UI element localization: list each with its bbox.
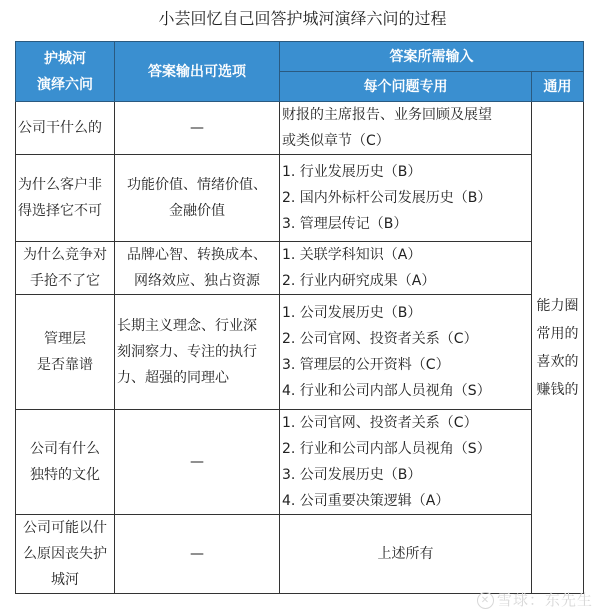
header-required-inputs: 答案所需输入 <box>280 42 584 72</box>
cell-line: 么原因丧失护 <box>18 541 112 567</box>
question-cell: 为什么竞争对 手抢不了它 <box>16 242 115 295</box>
xueqiu-logo-icon: ✕ <box>477 592 494 609</box>
cell-line: 财报的主席报告、业务回顾及展望 <box>282 102 529 128</box>
options-cell: 功能价值、情绪价值、 金融价值 <box>115 155 280 242</box>
cell-line: 2. 行业内研究成果（A） <box>282 268 529 294</box>
options-cell: — <box>115 515 280 594</box>
table-row: 管理层 是否靠谱 长期主义理念、行业深 刻洞察力、专注的执行 力、超强的同理心 … <box>16 295 584 410</box>
cell-line: 2. 行业和公司内部人员视角（S） <box>282 436 529 462</box>
cell-line: 刻洞察力、专注的执行 <box>117 339 277 365</box>
watermark-text: 雪球：东先生 <box>497 591 593 609</box>
cell-line: 手抢不了它 <box>18 268 112 294</box>
watermark: ✕雪球：东先生 <box>477 589 593 610</box>
options-cell: — <box>115 410 280 515</box>
cell-line: 3. 管理层传记（B） <box>282 211 529 237</box>
options-cell: 长期主义理念、行业深 刻洞察力、专注的执行 力、超强的同理心 <box>115 295 280 410</box>
question-cell: 公司可能以什 么原因丧失护 城河 <box>16 515 115 594</box>
cell-line: 为什么客户非 <box>18 172 112 198</box>
table-row: 公司干什么的 — 财报的主席报告、业务回顾及展望 或类似章节（C） 能力圈 常用… <box>16 102 584 155</box>
header-answer-options: 答案输出可选项 <box>115 42 280 102</box>
cell-line: 1. 关联学科知识（A） <box>282 242 529 268</box>
cell-line: 网络效应、独占资源 <box>117 268 277 294</box>
cell-line: 独特的文化 <box>18 462 112 488</box>
inputs-cell: 1. 公司发展历史（B） 2. 公司官网、投资者关系（C） 3. 管理层的公开资… <box>280 295 532 410</box>
moat-six-questions-table: 护城河 演绎六问 答案输出可选项 答案所需输入 每个问题专用 通用 公司干什么的… <box>15 41 584 594</box>
cell-line: — <box>117 449 277 475</box>
cell-line: 公司可能以什 <box>18 515 112 541</box>
cell-line: 城河 <box>18 567 112 593</box>
question-cell: 管理层 是否靠谱 <box>16 295 115 410</box>
cell-line: 2. 公司官网、投资者关系（C） <box>282 326 529 352</box>
question-cell: 公司有什么 独特的文化 <box>16 410 115 515</box>
cell-line: 功能价值、情绪价值、 <box>117 172 277 198</box>
cell-line: 能力圈 <box>534 292 581 320</box>
cell-line: 常用的 <box>534 320 581 348</box>
table-row: 为什么竞争对 手抢不了它 品牌心智、转换成本、 网络效应、独占资源 1. 关联学… <box>16 242 584 295</box>
header-general: 通用 <box>532 72 584 102</box>
cell-line: 4. 公司重要决策逻辑（A） <box>282 488 529 514</box>
cell-line: 4. 行业和公司内部人员视角（S） <box>282 378 529 404</box>
cell-line: 品牌心智、转换成本、 <box>117 242 277 268</box>
header-moat-questions: 护城河 演绎六问 <box>16 42 115 102</box>
header-question-specific: 每个问题专用 <box>280 72 532 102</box>
cell-line: 1. 公司官网、投资者关系（C） <box>282 410 529 436</box>
cell-line: — <box>117 541 277 567</box>
question-cell: 为什么客户非 得选择它不可 <box>16 155 115 242</box>
cell-line: 力、超强的同理心 <box>117 365 277 391</box>
cell-line: 2. 国内外标杆公司发展历史（B） <box>282 185 529 211</box>
table-row: 为什么客户非 得选择它不可 功能价值、情绪价值、 金融价值 1. 行业发展历史（… <box>16 155 584 242</box>
cell-line: 长期主义理念、行业深 <box>117 313 277 339</box>
cell-line: 3. 公司发展历史（B） <box>282 462 529 488</box>
inputs-cell: 1. 行业发展历史（B） 2. 国内外标杆公司发展历史（B） 3. 管理层传记（… <box>280 155 532 242</box>
options-cell: — <box>115 102 280 155</box>
inputs-cell: 1. 公司官网、投资者关系（C） 2. 行业和公司内部人员视角（S） 3. 公司… <box>280 410 532 515</box>
table-row: 公司可能以什 么原因丧失护 城河 — 上述所有 <box>16 515 584 594</box>
cell-line: 赚钱的 <box>534 376 581 404</box>
cell-line: 公司干什么的 <box>18 115 112 141</box>
table-row: 公司有什么 独特的文化 — 1. 公司官网、投资者关系（C） 2. 行业和公司内… <box>16 410 584 515</box>
cell-line: 喜欢的 <box>534 348 581 376</box>
general-input-cell: 能力圈 常用的 喜欢的 赚钱的 <box>532 102 584 594</box>
inputs-cell: 上述所有 <box>280 515 532 594</box>
header-line: 护城河 <box>18 46 112 72</box>
question-cell: 公司干什么的 <box>16 102 115 155</box>
cell-line: 为什么竞争对 <box>18 242 112 268</box>
cell-line: 金融价值 <box>117 198 277 224</box>
cell-line: 公司有什么 <box>18 436 112 462</box>
cell-line: — <box>117 115 277 141</box>
cell-line: 是否靠谱 <box>18 352 112 378</box>
cell-line: 得选择它不可 <box>18 198 112 224</box>
header-line: 演绎六问 <box>18 72 112 98</box>
cell-line: 上述所有 <box>282 541 529 567</box>
cell-line: 管理层 <box>18 326 112 352</box>
options-cell: 品牌心智、转换成本、 网络效应、独占资源 <box>115 242 280 295</box>
inputs-cell: 财报的主席报告、业务回顾及展望 或类似章节（C） <box>280 102 532 155</box>
cell-line: 3. 管理层的公开资料（C） <box>282 352 529 378</box>
cell-line: 或类似章节（C） <box>282 128 529 154</box>
inputs-cell: 1. 关联学科知识（A） 2. 行业内研究成果（A） <box>280 242 532 295</box>
page-title: 小芸回忆自己回答护城河演绎六问的过程 <box>0 8 605 30</box>
cell-line: 1. 行业发展历史（B） <box>282 159 529 185</box>
cell-line: 1. 公司发展历史（B） <box>282 300 529 326</box>
